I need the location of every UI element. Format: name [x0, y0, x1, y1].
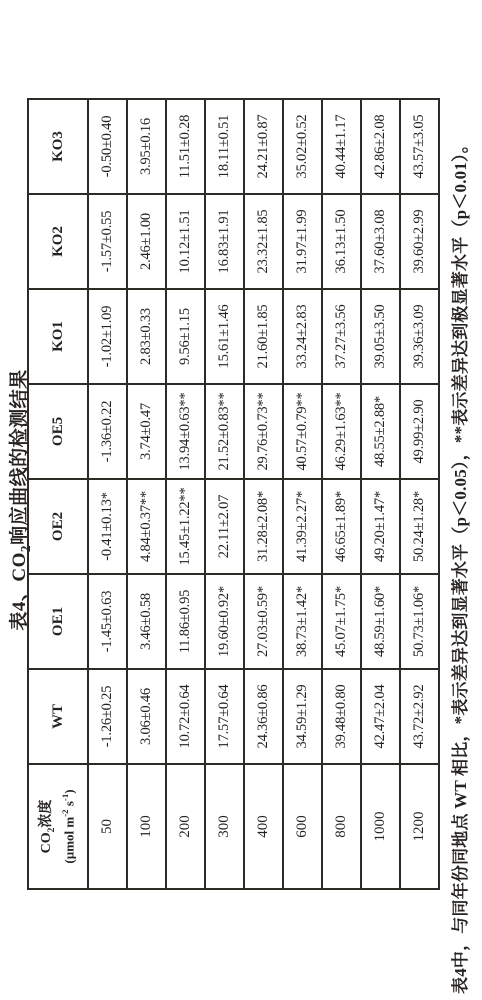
value-cell: 10.72±0.64	[166, 669, 205, 764]
value-cell: -1.45±0.63	[88, 574, 127, 669]
results-table: CO2浓度 (µmol m-2 s-1) WT OE1 OE2 OE5 KO1 …	[27, 98, 440, 890]
rotated-document-page: 表4、CO2响应曲线的检测结果 CO2浓度 (µmol m-2 s-1) WT …	[0, 0, 482, 1000]
value-cell: 46.65±1.89*	[322, 479, 361, 574]
table-row: 600 34.59±1.29 38.73±1.42* 41.39±2.27* 4…	[283, 99, 322, 889]
unit-label: (µmol m-2 s-1)	[59, 765, 79, 888]
corner-header-cell: CO2浓度 (µmol m-2 s-1)	[28, 764, 88, 889]
value-cell: 29.76±0.73**	[244, 384, 283, 479]
row-header: 1000	[361, 764, 400, 889]
value-cell: 33.24±2.83	[283, 289, 322, 384]
value-cell: 9.56±1.15	[166, 289, 205, 384]
value-cell: 2.46±1.00	[127, 194, 166, 289]
table-row: 50 -1.26±0.25 -1.45±0.63 -0.41±0.13* -1.…	[88, 99, 127, 889]
value-cell: 2.83±0.33	[127, 289, 166, 384]
table-row: 1200 43.72±2.92 50.73±1.06* 50.24±1.28* …	[400, 99, 439, 889]
value-cell: 42.47±2.04	[361, 669, 400, 764]
col-header-oe2: OE2	[28, 479, 88, 574]
row-header: 50	[88, 764, 127, 889]
table-row: 1000 42.47±2.04 48.59±1.60* 49.20±1.47* …	[361, 99, 400, 889]
table-row: 100 3.06±0.46 3.46±0.58 4.84±0.37** 3.74…	[127, 99, 166, 889]
value-cell: 39.60±2.99	[400, 194, 439, 289]
value-cell: 13.94±0.63**	[166, 384, 205, 479]
value-cell: 17.57±0.64	[205, 669, 244, 764]
value-cell: 19.60±0.92*	[205, 574, 244, 669]
value-cell: 3.95±0.16	[127, 99, 166, 194]
value-cell: 38.73±1.42*	[283, 574, 322, 669]
value-cell: 45.07±1.75*	[322, 574, 361, 669]
value-cell: 21.52±0.83**	[205, 384, 244, 479]
value-cell: 10.12±1.51	[166, 194, 205, 289]
value-cell: 3.06±0.46	[127, 669, 166, 764]
value-cell: 37.60±3.08	[361, 194, 400, 289]
value-cell: -0.41±0.13*	[88, 479, 127, 574]
value-cell: 15.61±1.46	[205, 289, 244, 384]
value-cell: 11.51±0.28	[166, 99, 205, 194]
value-cell: 46.29±1.63**	[322, 384, 361, 479]
row-header: 200	[166, 764, 205, 889]
value-cell: 4.84±0.37**	[127, 479, 166, 574]
col-header-ko3: KO3	[28, 99, 88, 194]
value-cell: 49.20±1.47*	[361, 479, 400, 574]
value-cell: 15.45±1.22**	[166, 479, 205, 574]
value-cell: 39.48±0.80	[322, 669, 361, 764]
table-caption: 表4中，与同年份同地点 WT 相比，*表示差异达到显著水平（p＜0.05），**…	[446, 2, 471, 994]
value-cell: 36.13±1.50	[322, 194, 361, 289]
value-cell: 23.32±1.85	[244, 194, 283, 289]
col-header-ko1: KO1	[28, 289, 88, 384]
value-cell: 3.74±0.47	[127, 384, 166, 479]
co2-concentration-label: CO2浓度	[37, 765, 60, 888]
row-header: 300	[205, 764, 244, 889]
value-cell: 22.11±2.07	[205, 479, 244, 574]
value-cell: 18.11±0.51	[205, 99, 244, 194]
row-header: 100	[127, 764, 166, 889]
value-cell: 34.59±1.29	[283, 669, 322, 764]
table-row: 400 24.36±0.86 27.03±0.59* 31.28±2.08* 2…	[244, 99, 283, 889]
row-header: 400	[244, 764, 283, 889]
value-cell: 27.03±0.59*	[244, 574, 283, 669]
value-cell: 48.59±1.60*	[361, 574, 400, 669]
col-header-oe5: OE5	[28, 384, 88, 479]
value-cell: 37.27±3.56	[322, 289, 361, 384]
value-cell: 24.21±0.87	[244, 99, 283, 194]
col-header-wt: WT	[28, 669, 88, 764]
row-header: 600	[283, 764, 322, 889]
col-header-oe1: OE1	[28, 574, 88, 669]
value-cell: 39.36±3.09	[400, 289, 439, 384]
value-cell: -1.57±0.55	[88, 194, 127, 289]
table-row: 200 10.72±0.64 11.86±0.95 15.45±1.22** 1…	[166, 99, 205, 889]
table-row: 800 39.48±0.80 45.07±1.75* 46.65±1.89* 4…	[322, 99, 361, 889]
value-cell: -1.02±1.09	[88, 289, 127, 384]
value-cell: 24.36±0.86	[244, 669, 283, 764]
value-cell: 49.99±2.90	[400, 384, 439, 479]
value-cell: 31.28±2.08*	[244, 479, 283, 574]
value-cell: 41.39±2.27*	[283, 479, 322, 574]
value-cell: 35.02±0.52	[283, 99, 322, 194]
value-cell: 48.55±2.88*	[361, 384, 400, 479]
row-header: 800	[322, 764, 361, 889]
row-header: 1200	[400, 764, 439, 889]
value-cell: 3.46±0.58	[127, 574, 166, 669]
value-cell: 16.83±1.91	[205, 194, 244, 289]
value-cell: 31.97±1.99	[283, 194, 322, 289]
value-cell: 40.44±1.17	[322, 99, 361, 194]
value-cell: 50.24±1.28*	[400, 479, 439, 574]
value-cell: -0.50±0.40	[88, 99, 127, 194]
value-cell: 40.57±0.79**	[283, 384, 322, 479]
value-cell: 21.60±1.85	[244, 289, 283, 384]
value-cell: -1.36±0.22	[88, 384, 127, 479]
value-cell: 43.57±3.05	[400, 99, 439, 194]
header-row: CO2浓度 (µmol m-2 s-1) WT OE1 OE2 OE5 KO1 …	[28, 99, 88, 889]
col-header-ko2: KO2	[28, 194, 88, 289]
value-cell: 11.86±0.95	[166, 574, 205, 669]
value-cell: -1.26±0.25	[88, 669, 127, 764]
value-cell: 50.73±1.06*	[400, 574, 439, 669]
value-cell: 42.86±2.08	[361, 99, 400, 194]
value-cell: 39.05±3.50	[361, 289, 400, 384]
value-cell: 43.72±2.92	[400, 669, 439, 764]
table-row: 300 17.57±0.64 19.60±0.92* 22.11±2.07 21…	[205, 99, 244, 889]
